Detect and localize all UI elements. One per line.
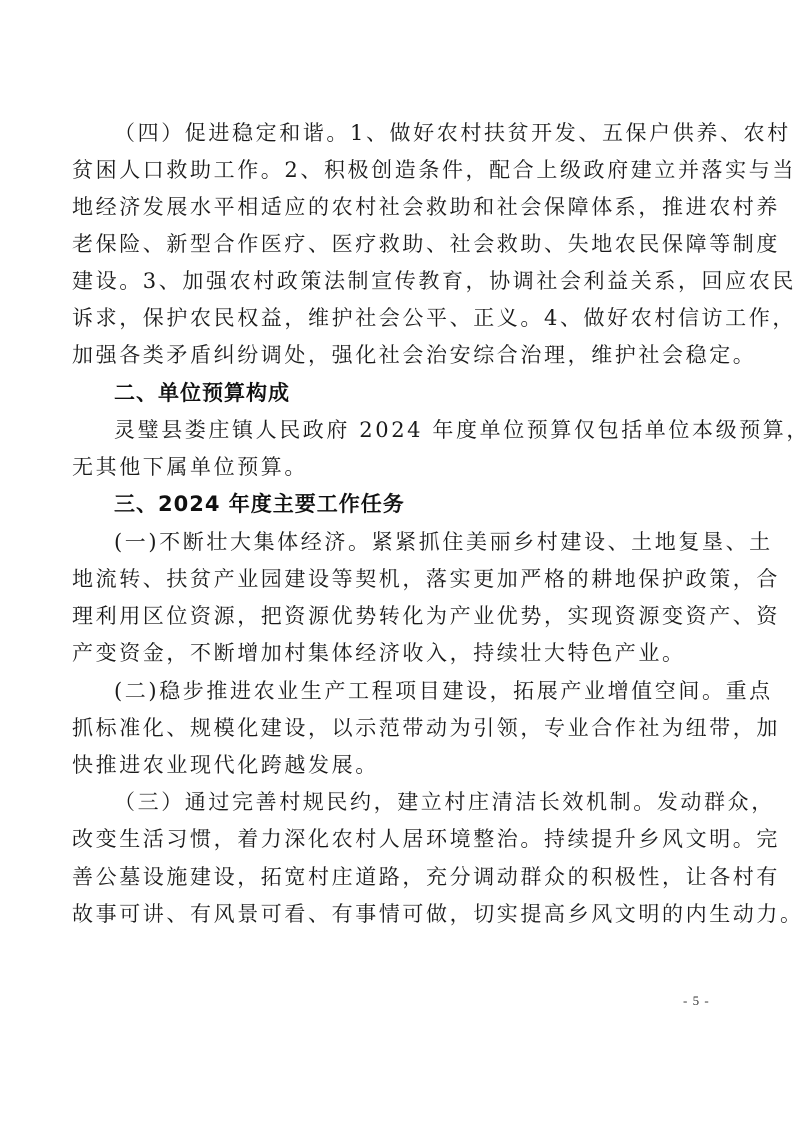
text-line: 灵璧县娄庄镇人民政府 2024 年度单位预算仅包括单位本级预算， [114,415,754,445]
text-line: 无其他下属单位预算。 [72,452,712,482]
text-line: （三）通过完善村规民约，建立村庄清洁长效机制。发动群众， [114,787,754,817]
text-line: 地流转、扶贫产业园建设等契机，落实更加严格的耕地保护政策，合 [72,564,712,594]
text-line: 产变资金，不断增加村集体经济收入，持续壮大特色产业。 [72,638,712,668]
text-line: 加强各类矛盾纠纷调处，强化社会治安综合治理，维护社会稳定。 [72,340,712,370]
page-number: - 5 - [683,993,710,1009]
text-line: 贫困人口救助工作。2、积极创造条件，配合上级政府建立并落实与当 [72,155,712,185]
text-line: 理利用区位资源，把资源优势转化为产业优势，实现资源变资产、资 [72,601,712,631]
text-line: (一)不断壮大集体经济。紧紧抓住美丽乡村建设、土地复垦、土 [114,527,754,557]
text-line: 改变生活习惯，着力深化农村人居环境整治。持续提升乡风文明。完 [72,824,712,854]
section-heading-budget-composition: 二、单位预算构成 [114,378,754,408]
text-line: 诉求，保护农民权益，维护社会公平、正义。4、做好农村信访工作， [72,303,712,333]
section-heading-main-tasks: 三、2024 年度主要工作任务 [114,489,754,519]
text-line: (二)稳步推进农业生产工程项目建设，拓展产业增值空间。重点 [114,676,754,706]
document-page: （四）促进稳定和谐。1、做好农村扶贫开发、五保户供养、农村 贫困人口救助工作。2… [0,0,793,1122]
text-line: （四）促进稳定和谐。1、做好农村扶贫开发、五保户供养、农村 [114,118,754,148]
text-line: 建设。3、加强农村政策法制宣传教育，协调社会利益关系，回应农民 [72,266,712,296]
text-line: 老保险、新型合作医疗、医疗救助、社会救助、失地农民保障等制度 [72,229,712,259]
text-line: 善公墓设施建设，拓宽村庄道路，充分调动群众的积极性，让各村有 [72,862,712,892]
text-line: 抓标准化、规模化建设，以示范带动为引领，专业合作社为纽带，加 [72,713,712,743]
text-line: 地经济发展水平相适应的农村社会救助和社会保障体系，推进农村养 [72,192,712,222]
text-line: 快推进农业现代化跨越发展。 [72,750,712,780]
text-line: 故事可讲、有风景可看、有事情可做，切实提高乡风文明的内生动力。 [72,899,712,929]
